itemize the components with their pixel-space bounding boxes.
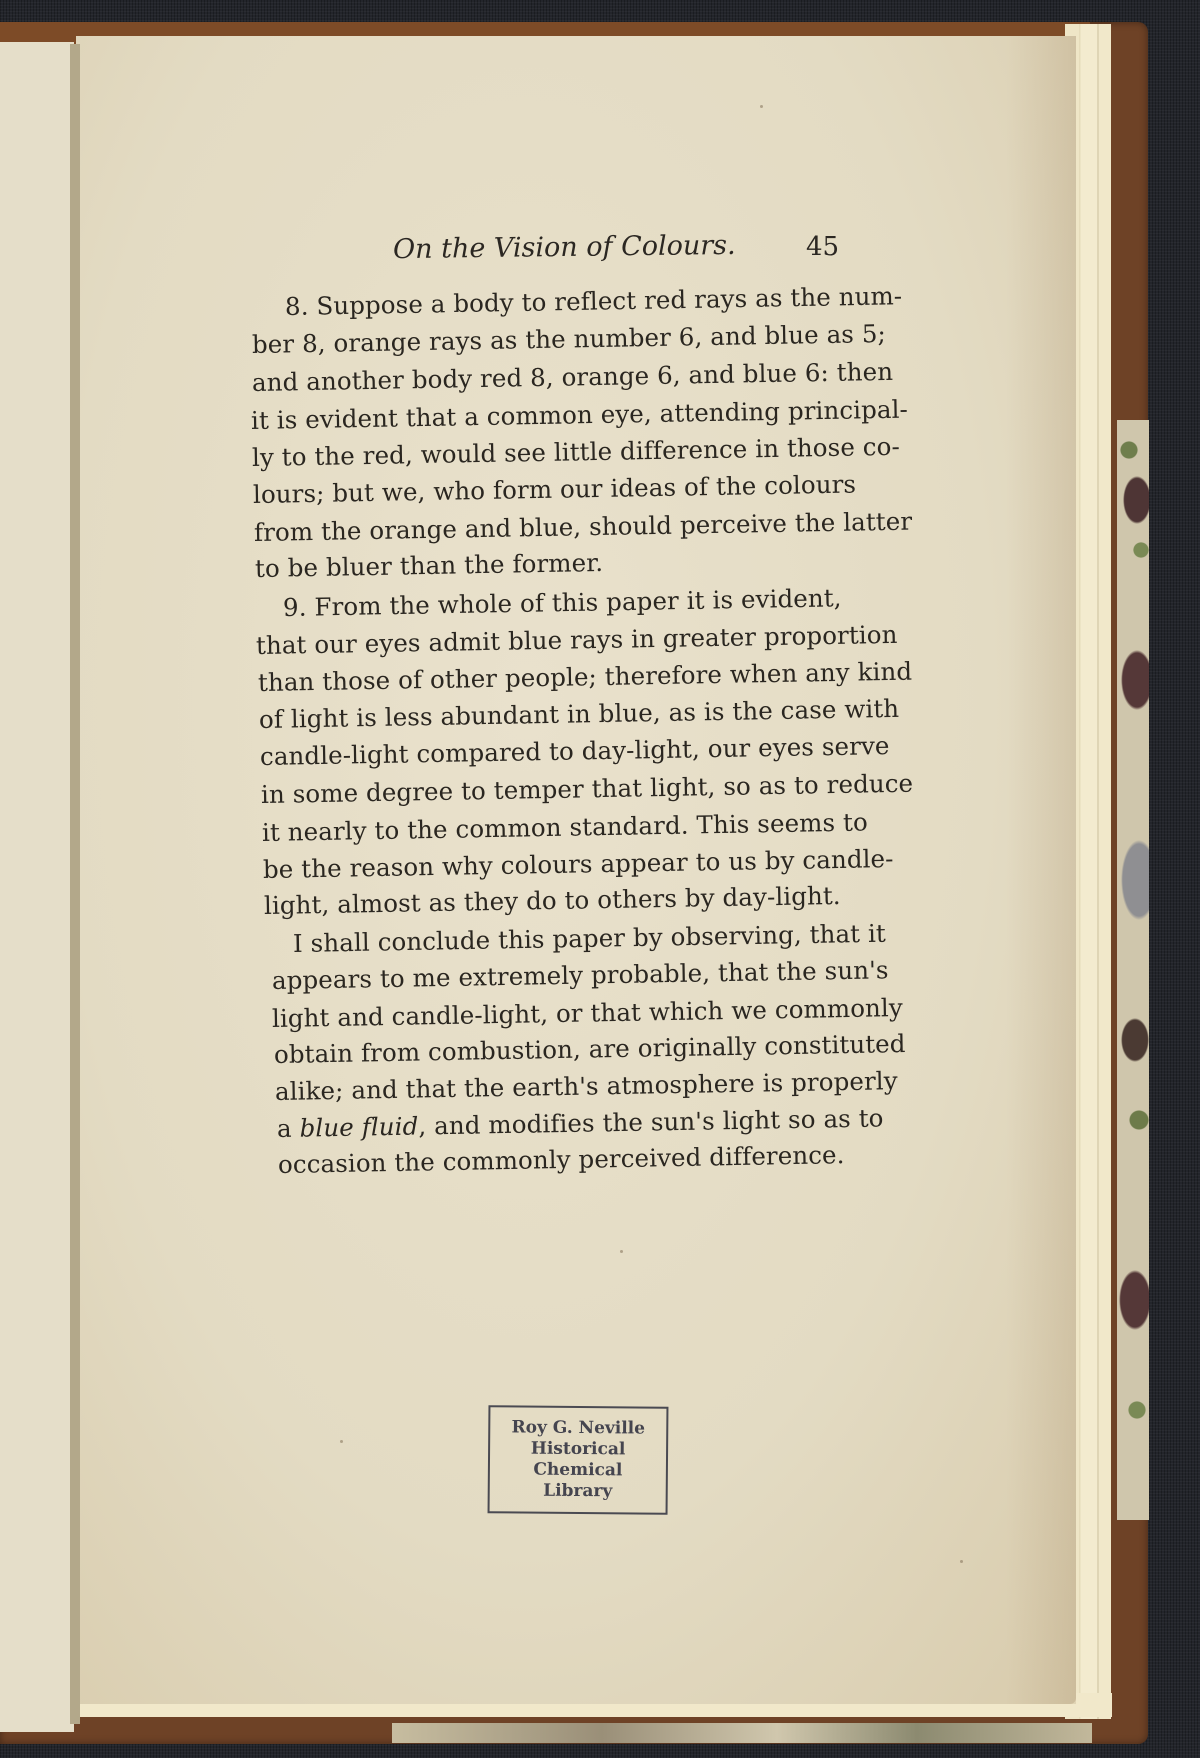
running-header: On the Vision of Colours. [393,230,736,265]
stamp-line: Library [490,1480,666,1503]
stamp-line: Roy G. Neville [490,1417,666,1440]
left-page [0,42,74,1732]
marbled-endpaper-right [1117,420,1149,1520]
gutter [70,44,80,1724]
stamp-line: Chemical [490,1459,666,1482]
library-stamp: Roy G. Neville Historical Chemical Libra… [488,1405,669,1515]
paper-fleck [340,1440,343,1443]
stamp-line: Historical [490,1438,666,1461]
paper-fleck [960,1560,963,1563]
italic-phrase: blue fluid [299,1112,418,1143]
paper-fleck [620,1250,623,1253]
marbled-endpaper-bottom [392,1723,1092,1743]
text-fragment: a [277,1114,300,1143]
text-line: to be bluer than the former. [255,548,604,583]
page-number: 45 [806,232,839,262]
paper-fleck [760,105,763,108]
